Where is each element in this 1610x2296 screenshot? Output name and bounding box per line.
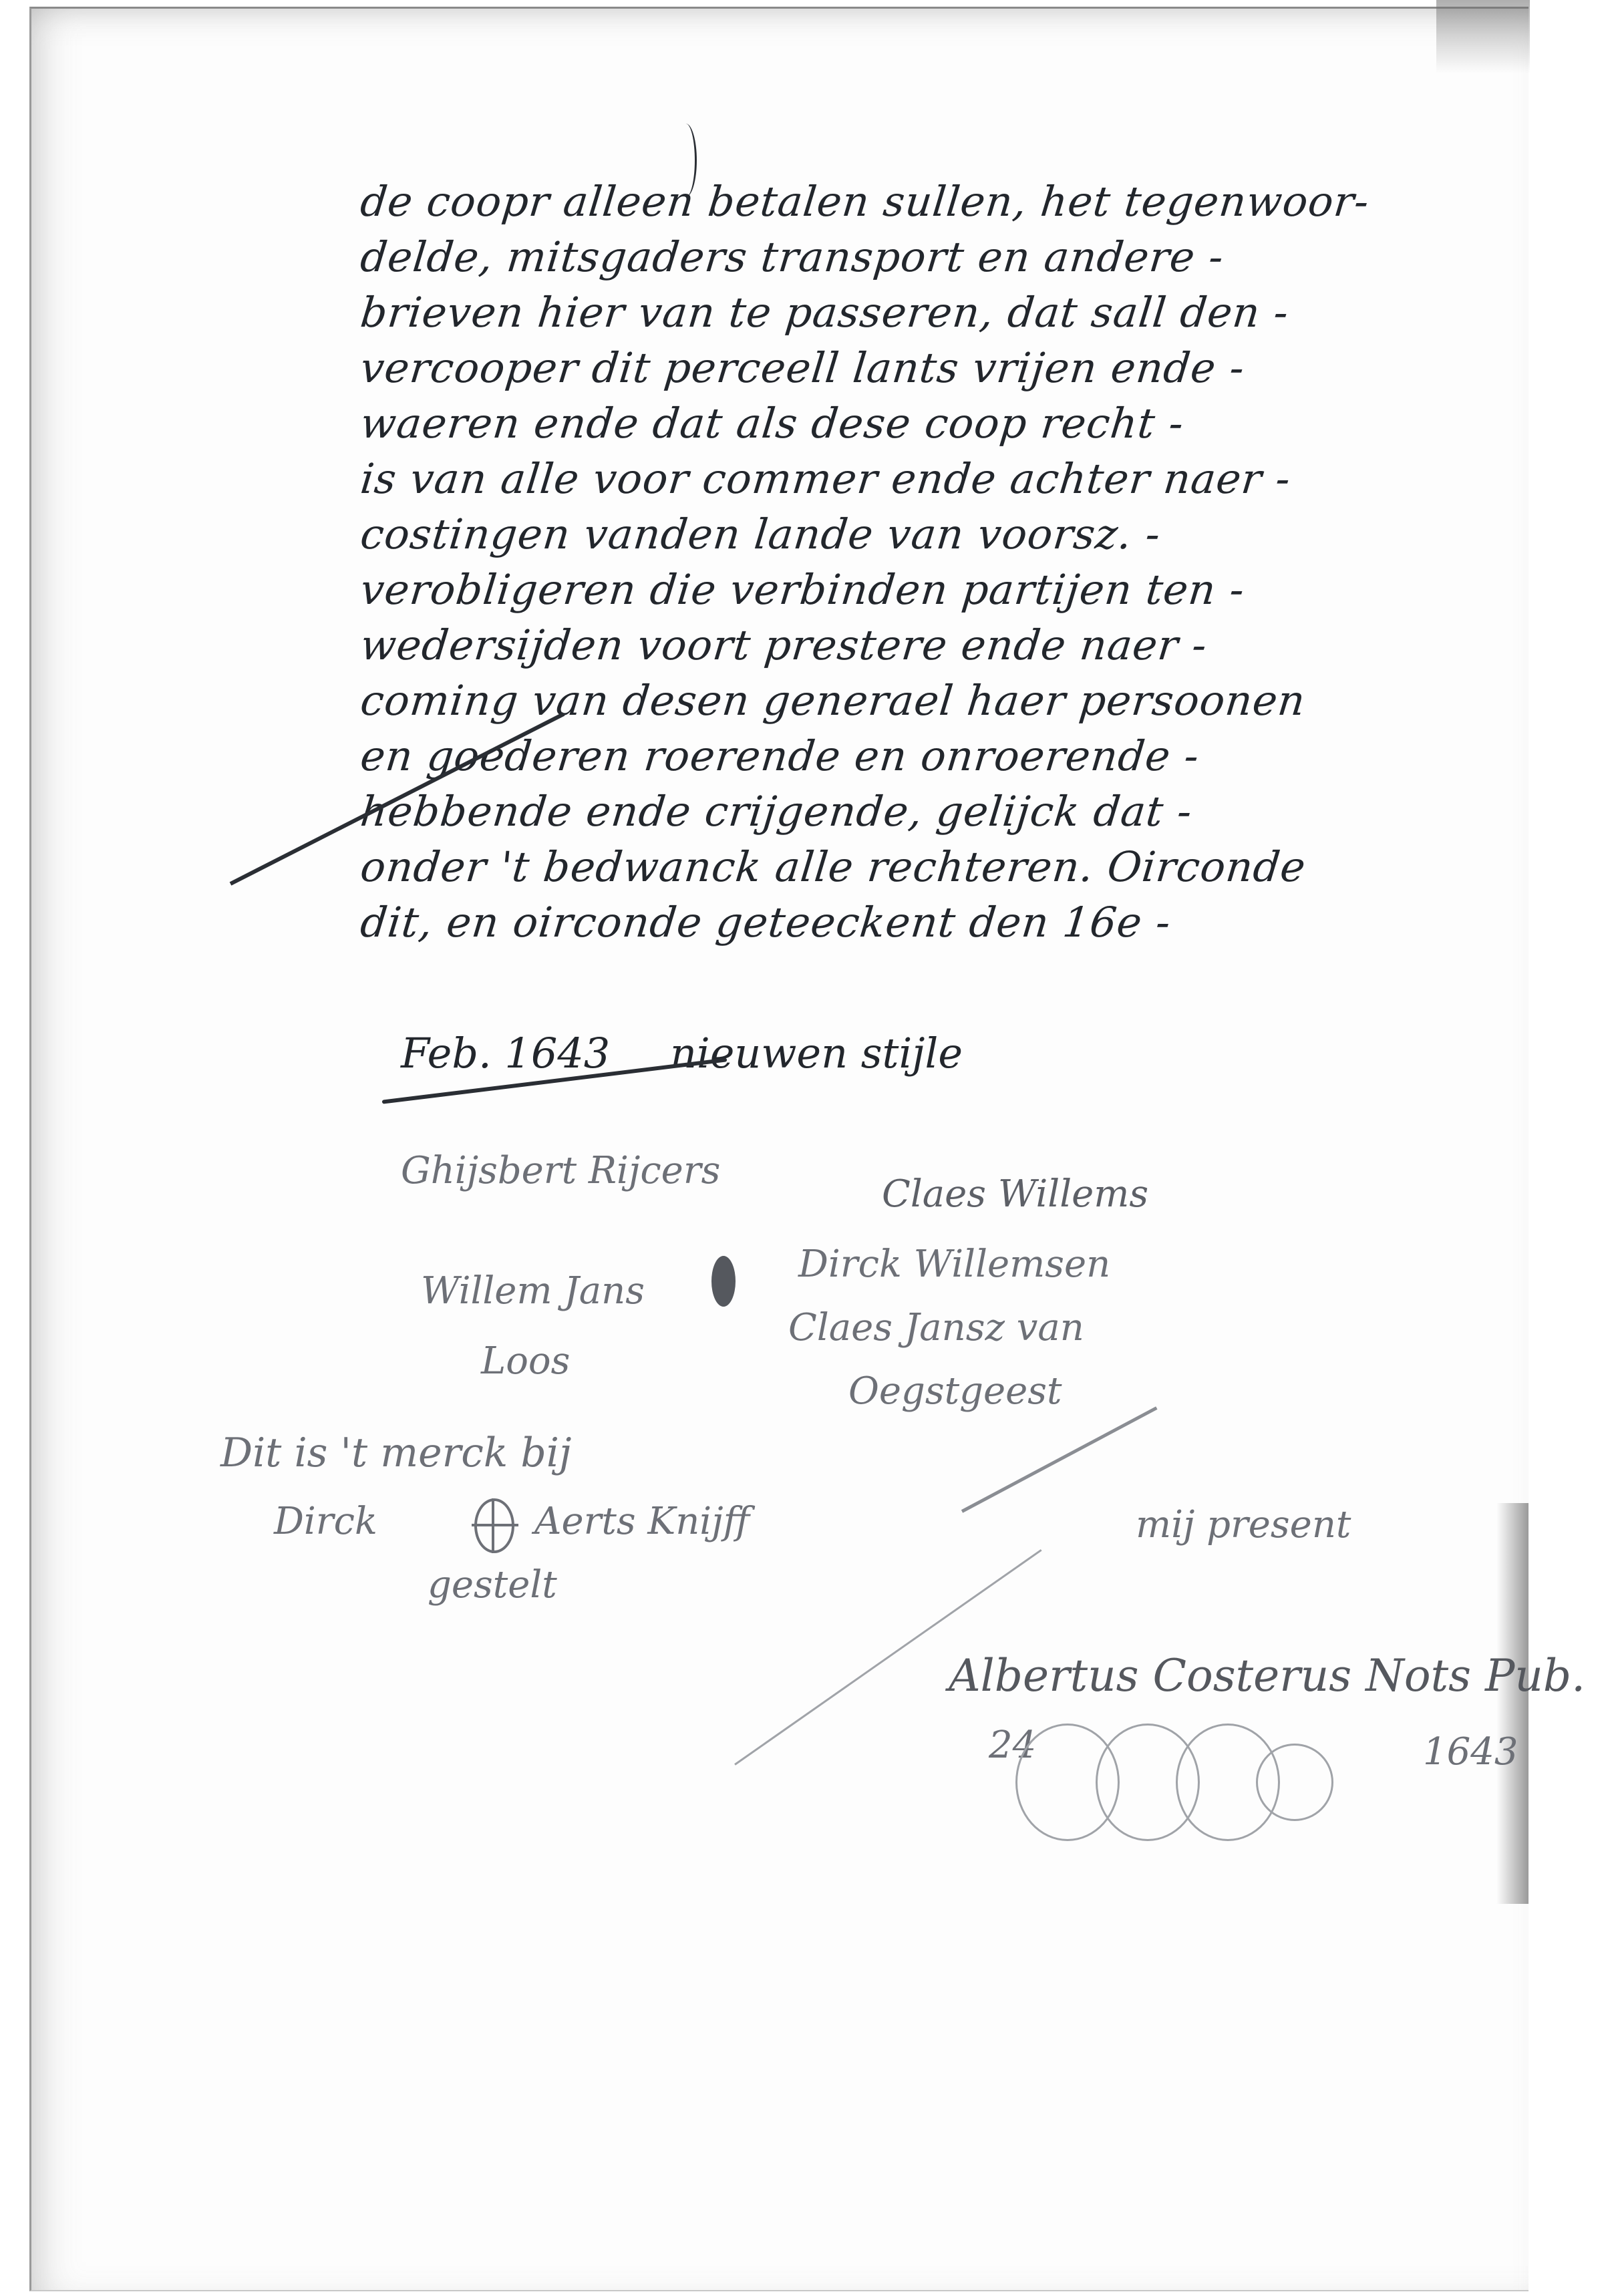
text-line: coming van desen generael haer persoonen	[358, 673, 1526, 728]
notary-present-text: mij present	[1136, 1503, 1351, 1546]
text-line: costingen vanden lande van voorsz. -	[358, 506, 1526, 562]
signature-witness-1: Ghijsbert Rijcers	[401, 1149, 720, 1192]
notary-paraph-loops	[1015, 1724, 1416, 1837]
mark-statement-name: Dirck	[274, 1500, 377, 1543]
signature-witness-5-place: Oegstgeest	[848, 1369, 1062, 1413]
scanned-page-background: de coopr alleen betalen sullen, het tege…	[0, 0, 1610, 2296]
scanner-margin	[1528, 0, 1610, 2296]
text-line: is van alle voor commer ende achter naer…	[358, 451, 1526, 506]
text-line: de coopr alleen betalen sullen, het tege…	[358, 174, 1526, 229]
text-line: dit, en oirconde geteeckent den 16e -	[358, 894, 1526, 950]
date-line: Feb. 1643 nieuwen stijle	[401, 1029, 963, 1078]
mark-statement-line1: Dit is 't merck bij	[220, 1430, 572, 1476]
text-line: hebbende ende crijgende, gelijck dat -	[358, 784, 1526, 839]
text-line: waeren ende dat als dese coop recht -	[358, 395, 1526, 451]
signature-witness-4: Willem Jans	[421, 1269, 645, 1313]
signature-witness-5: Claes Jansz van	[788, 1306, 1084, 1349]
text-line: en goederen roerende en onroerende -	[358, 728, 1526, 784]
mark-statement-line3: gestelt	[428, 1563, 557, 1607]
main-text-block: de coopr alleen betalen sullen, het tege…	[361, 174, 1523, 950]
signature-witness-4-surname: Loos	[481, 1339, 570, 1383]
text-line: verobligeren die verbinden partijen ten …	[358, 562, 1526, 617]
corner-shadow	[1436, 0, 1530, 73]
signature-witness-3: Dirck Willemsen	[798, 1243, 1110, 1286]
mark-statement-surname: Aerts Knijff	[534, 1500, 750, 1543]
circled-cross-mark-icon	[474, 1498, 514, 1553]
text-line: wedersijden voort prestere ende naer -	[358, 617, 1526, 673]
date-text: Feb. 1643	[401, 1029, 610, 1078]
notary-date-year: 1643	[1423, 1730, 1518, 1774]
date-style-note: nieuwen stijle	[670, 1029, 963, 1078]
page-edge-shadow	[1496, 1503, 1528, 1904]
notary-signature: Albertus Costerus Nots Pub.	[949, 1650, 1585, 1701]
text-line: brieven hier van te passeren, dat sall d…	[358, 285, 1526, 340]
text-line: vercooper dit perceell lants vrijen ende…	[358, 340, 1526, 395]
text-line: onder 't bedwanck alle rechteren. Oircon…	[358, 839, 1526, 894]
signature-blot-mark	[711, 1256, 736, 1307]
text-line: delde, mitsgaders transport en andere -	[358, 229, 1526, 285]
signature-witness-2: Claes Willems	[882, 1172, 1148, 1216]
